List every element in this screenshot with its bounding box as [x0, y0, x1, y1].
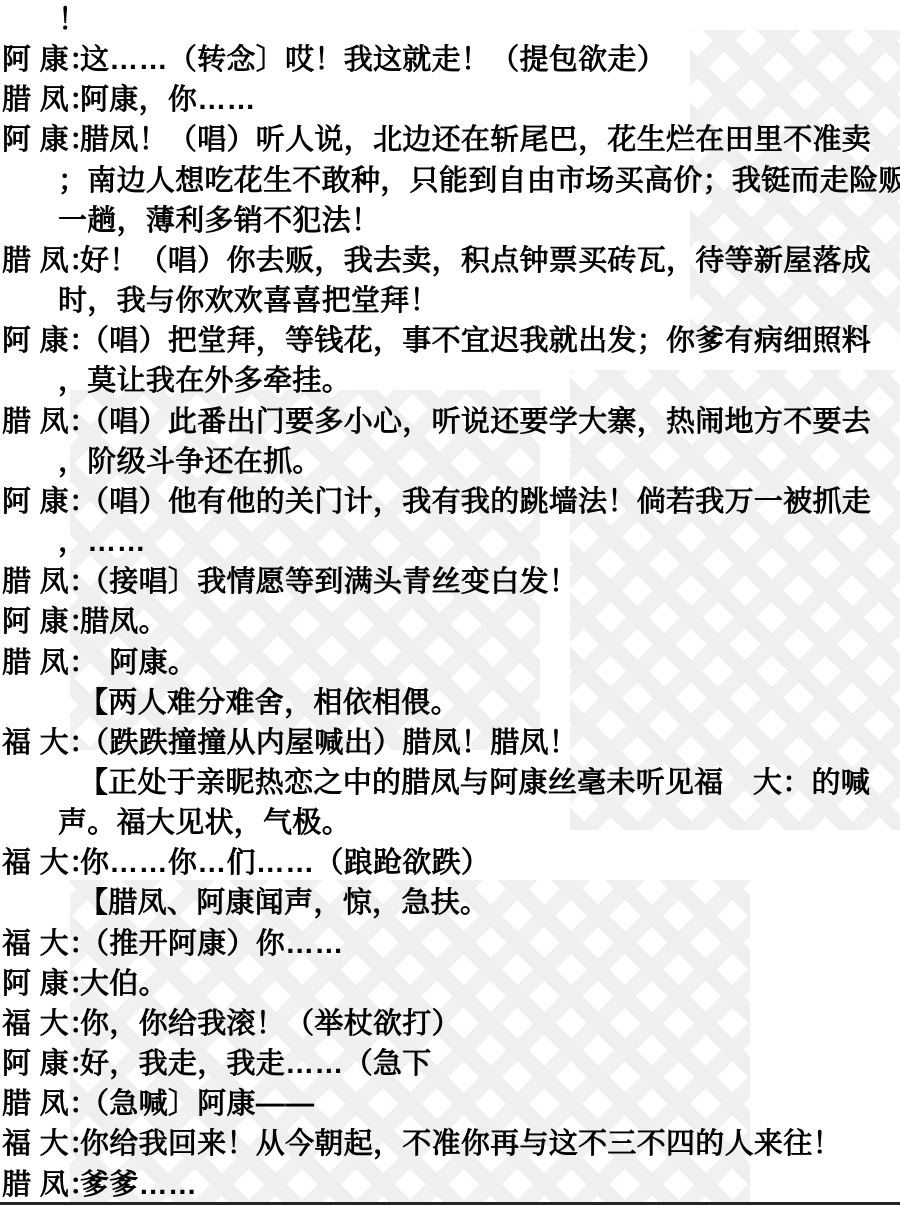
script-line: 腊 凤：阿康，你…… [0, 80, 900, 120]
script-line: 福 大：你……你…们……（踉跄欲跌） [0, 843, 900, 883]
line-text: 【腊凤、阿康闻声，惊，急扶。 [79, 887, 489, 919]
line-text: ，阶级斗争还在抓。 [58, 446, 322, 478]
script-line: 阿 康：腊凤！（唱）听人说，北边还在斩尾巴，花生烂在田里不准卖 [0, 120, 900, 160]
script-line: 福 大：你给我回来！从今朝起，不准你再与这不三不四的人来往！ [0, 1124, 900, 1164]
speaker-name: 阿 康： [2, 602, 80, 642]
line-text: 腊凤。 [80, 606, 168, 638]
script-line: 阿 康：（唱）把堂拜，等钱花，事不宜迟我就出发；你爹有病细照料 [0, 321, 900, 361]
speaker-name: 腊 凤： [2, 241, 80, 281]
script-page: ！阿 康：这……（转念〕哎！我这就走！（提包欲走）腊 凤：阿康，你……阿 康：腊… [0, 0, 900, 1205]
speaker-name: 阿 康： [2, 40, 80, 80]
speaker-name: 福 大： [2, 1124, 80, 1164]
line-text: 爹爹…… [80, 1169, 197, 1201]
speaker-name: 腊 凤： [2, 1165, 80, 1205]
speaker-name: 腊 凤： [2, 402, 80, 442]
script-line: 【两人难分难舍，相依相偎。 [0, 683, 900, 723]
script-line: ；南边人想吃花生不敢种，只能到自由市场买高价；我铤而走险贩 [0, 161, 900, 201]
line-text: 你……你…们……（踉跄欲跌） [80, 847, 490, 879]
line-text: 好，我走，我走……（急下 [80, 1048, 432, 1080]
script-line: ，莫让我在外多牵挂。 [0, 361, 900, 401]
line-text: （唱）把堂拜，等钱花，事不宜迟我就出发；你爹有病细照料 [80, 325, 871, 357]
script-line: ，阶级斗争还在抓。 [0, 442, 900, 482]
line-text: （接唱〕我情愿等到满头青丝变白发！ [80, 566, 578, 598]
line-text: 阿康。 [80, 647, 197, 679]
line-text: 声。福大见状，气极。 [58, 807, 351, 839]
line-text: ，莫让我在外多牵挂。 [58, 365, 351, 397]
script-line: 【腊凤、阿康闻声，惊，急扶。 [0, 883, 900, 923]
line-text: 阿康，你…… [80, 84, 256, 116]
script-line: 阿 康：这……（转念〕哎！我这就走！（提包欲走） [0, 40, 900, 80]
script-line: 福 大：（跌跌撞撞从内屋喊出）腊凤！腊凤！ [0, 723, 900, 763]
line-text: ！ [58, 4, 87, 36]
speaker-name: 阿 康： [2, 964, 80, 1004]
line-text: 你，你给我滚！（举杖欲打） [80, 1008, 461, 1040]
script-line: 腊 凤：（急喊〕阿康—— [0, 1084, 900, 1124]
line-text: （急喊〕阿康—— [80, 1088, 314, 1120]
speaker-name: 腊 凤： [2, 80, 80, 120]
script-line: 腊 凤： 阿康。 [0, 643, 900, 683]
speaker-name: 福 大： [2, 843, 80, 883]
line-text: ，…… [58, 526, 146, 558]
script-line: 福 大：（推开阿康）你…… [0, 924, 900, 964]
speaker-name: 福 大： [2, 723, 80, 763]
speaker-name: 阿 康： [2, 1044, 80, 1084]
line-text: 【正处于亲昵热恋之中的腊凤与阿康丝毫未听见福 大：的喊 [79, 767, 870, 799]
line-text: 大伯。 [80, 968, 168, 1000]
script-line: 阿 康：好，我走，我走……（急下 [0, 1044, 900, 1084]
script-line: 腊 凤：（接唱〕我情愿等到满头青丝变白发！ [0, 562, 900, 602]
speaker-name: 阿 康： [2, 482, 80, 522]
speaker-name: 阿 康： [2, 120, 80, 160]
script-line: 福 大：你，你给我滚！（举杖欲打） [0, 1004, 900, 1044]
script-body: ！阿 康：这……（转念〕哎！我这就走！（提包欲走）腊 凤：阿康，你……阿 康：腊… [0, 0, 900, 1202]
script-line: 一趟，薄利多销不犯法！ [0, 201, 900, 241]
script-line: ，…… [0, 522, 900, 562]
script-line: 腊 凤：（唱）此番出门要多小心，听说还要学大寨，热闹地方不要去 [0, 402, 900, 442]
script-line: 时，我与你欢欢喜喜把堂拜！ [0, 281, 900, 321]
speaker-name: 福 大： [2, 924, 80, 964]
script-line: 【正处于亲昵热恋之中的腊凤与阿康丝毫未听见福 大：的喊 [0, 763, 900, 803]
script-line: 腊 凤：好！（唱）你去贩，我去卖，积点钟票买砖瓦，待等新屋落成 [0, 241, 900, 281]
line-text: 这……（转念〕哎！我这就走！（提包欲走） [80, 44, 666, 76]
script-line: 阿 康：（唱）他有他的关门计，我有我的跳墙法！倘若我万一被抓走 [0, 482, 900, 522]
line-text: 你给我回来！从今朝起，不准你再与这不三不四的人来往！ [80, 1128, 842, 1160]
line-text: 腊凤！（唱）听人说，北边还在斩尾巴，花生烂在田里不准卖 [80, 124, 871, 156]
line-text: （唱）他有他的关门计，我有我的跳墙法！倘若我万一被抓走 [80, 486, 871, 518]
script-line: 阿 康：腊凤。 [0, 602, 900, 642]
script-line: 声。福大见状，气极。 [0, 803, 900, 843]
script-line: ！ [0, 0, 900, 40]
line-text: 一趟，薄利多销不犯法！ [58, 205, 380, 237]
speaker-name: 阿 康： [2, 321, 80, 361]
speaker-name: 福 大： [2, 1004, 80, 1044]
line-text: 时，我与你欢欢喜喜把堂拜！ [58, 285, 439, 317]
script-line: 腊 凤：爹爹…… [0, 1165, 900, 1205]
line-text: （唱）此番出门要多小心，听说还要学大寨，热闹地方不要去 [80, 406, 871, 438]
line-text: （推开阿康）你…… [80, 928, 344, 960]
line-text: 好！（唱）你去贩，我去卖，积点钟票买砖瓦，待等新屋落成 [80, 245, 871, 277]
script-line: 阿 康：大伯。 [0, 964, 900, 1004]
line-text: 【两人难分难舍，相依相偎。 [79, 687, 460, 719]
line-text: （跌跌撞撞从内屋喊出）腊凤！腊凤！ [80, 727, 578, 759]
line-text: ；南边人想吃花生不敢种，只能到自由市场买高价；我铤而走险贩 [58, 165, 900, 197]
speaker-name: 腊 凤： [2, 1084, 80, 1124]
speaker-name: 腊 凤： [2, 643, 80, 683]
speaker-name: 腊 凤： [2, 562, 80, 602]
